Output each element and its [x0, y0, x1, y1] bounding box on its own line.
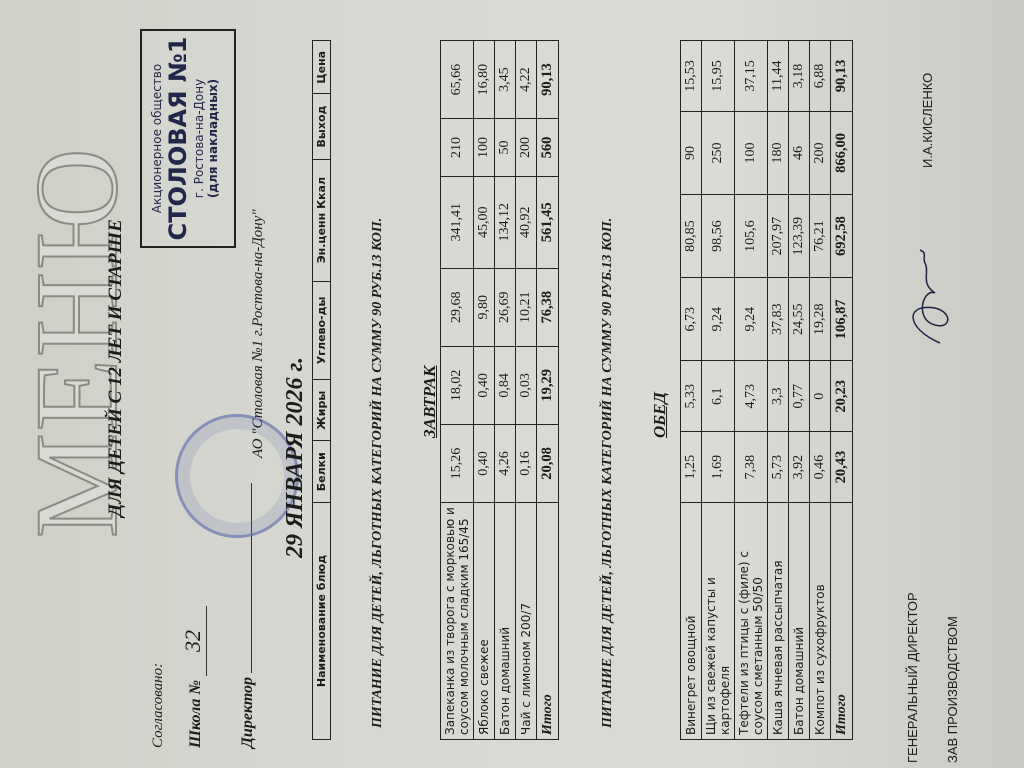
cell-carbs: 37,83 — [768, 278, 789, 361]
dish-name: Каша ячневая рассыпчатая — [768, 503, 789, 740]
lunch-table: Винегрет овощной1,255,336,7380,859015,53… — [680, 40, 853, 740]
lunch-caption: ПИТАНИЕ ДЛЯ ДЕТЕЙ, ЛЬГОТНЫХ КАТЕГОРИЙ НА… — [600, 218, 616, 728]
dish-name: Чай с лимоном 200/7 — [516, 503, 537, 740]
table-row: Каша ячневая рассыпчатая5,733,337,83207,… — [768, 41, 789, 740]
col-yield: Выход — [313, 94, 331, 159]
stamp-line-4: (для накладных) — [206, 31, 220, 246]
cell-carbs: 9,80 — [474, 268, 495, 346]
cell-price: 90,13 — [537, 41, 559, 119]
dish-name: Батон домашний — [789, 503, 810, 740]
cell-price: 3,45 — [495, 41, 516, 119]
cell-carbs: 76,38 — [537, 268, 559, 346]
cell-kcal: 692,58 — [831, 195, 853, 278]
cell-kcal: 207,97 — [768, 195, 789, 278]
cell-kcal: 561,45 — [537, 176, 559, 268]
cell-carbs: 10,21 — [516, 268, 537, 346]
cell-price: 3,18 — [789, 41, 810, 112]
canteen-stamp: Акционерное общество СТОЛОВАЯ №1 г. Рост… — [140, 29, 236, 248]
cell-carbs: 19,28 — [810, 278, 831, 361]
production-head-label: ЗАВ ПРОИЗВОДСТВОМ — [945, 616, 960, 763]
cell-carbs: 106,87 — [831, 278, 853, 361]
column-header-table: Наименование блюд Белки Жиры Углево-ды Э… — [312, 40, 331, 740]
total-row: Итого20,4320,23106,87692,58866,0090,13 — [831, 41, 853, 740]
cell-protein: 15,26 — [441, 424, 474, 502]
menu-date: 29 ЯНВАРЯ 2026 г. — [282, 357, 309, 558]
dish-name: Винегрет овощной — [681, 503, 702, 740]
cell-yield: 100 — [474, 119, 495, 177]
cell-carbs: 29,68 — [441, 268, 474, 346]
cell-protein: 20,43 — [831, 432, 853, 503]
header-row: Наименование блюд Белки Жиры Углево-ды Э… — [313, 41, 331, 740]
cell-yield: 200 — [810, 111, 831, 194]
cell-fat: 4,73 — [735, 361, 768, 432]
cell-price: 65,66 — [441, 41, 474, 119]
col-carbs: Углево-ды — [313, 281, 331, 379]
cell-carbs: 9,24 — [735, 278, 768, 361]
cell-carbs: 26,69 — [495, 268, 516, 346]
cell-fat: 0,40 — [474, 346, 495, 424]
dish-name: Итого — [537, 503, 559, 740]
cell-price: 4,22 — [516, 41, 537, 119]
breakfast-caption: ПИТАНИЕ ДЛЯ ДЕТЕЙ, ЛЬГОТНЫХ КАТЕГОРИЙ НА… — [370, 218, 386, 728]
cell-kcal: 105,6 — [735, 195, 768, 278]
cell-carbs: 9,24 — [702, 278, 735, 361]
col-fat: Жиры — [313, 379, 331, 440]
cell-protein: 1,69 — [702, 432, 735, 503]
cell-kcal: 98,56 — [702, 195, 735, 278]
cell-protein: 1,25 — [681, 432, 702, 503]
table-row: Винегрет овощной1,255,336,7380,859015,53 — [681, 41, 702, 740]
cell-fat: 20,23 — [831, 361, 853, 432]
cell-protein: 5,73 — [768, 432, 789, 503]
cell-protein: 4,26 — [495, 424, 516, 502]
col-dish-name: Наименование блюд — [313, 503, 331, 740]
cell-yield: 210 — [441, 119, 474, 177]
director-signature-icon — [900, 248, 960, 348]
dish-name: Яблоко свежее — [474, 503, 495, 740]
dish-name: Запеканка из творога с морковью и соусом… — [441, 503, 474, 740]
cell-fat: 0 — [810, 361, 831, 432]
cell-price: 6,88 — [810, 41, 831, 112]
dish-name: Итого — [831, 503, 853, 740]
cell-yield: 90 — [681, 111, 702, 194]
dish-name: Компот из сухофруктов — [810, 503, 831, 740]
cell-kcal: 123,39 — [789, 195, 810, 278]
cell-price: 16,80 — [474, 41, 495, 119]
cell-yield: 100 — [735, 111, 768, 194]
cell-protein: 20,08 — [537, 424, 559, 502]
cell-kcal: 341,41 — [441, 176, 474, 268]
cell-kcal: 76,21 — [810, 195, 831, 278]
school-label: Школа № — [187, 680, 204, 748]
cell-protein: 0,46 — [810, 432, 831, 503]
cell-fat: 3,3 — [768, 361, 789, 432]
dish-name: Батон домашний — [495, 503, 516, 740]
stamp-line-2: СТОЛОВАЯ №1 — [164, 31, 192, 246]
cell-yield: 50 — [495, 119, 516, 177]
cell-fat: 0,77 — [789, 361, 810, 432]
col-price: Цена — [313, 41, 331, 94]
school-seal-icon — [175, 414, 299, 538]
cell-fat: 18,02 — [441, 346, 474, 424]
table-row: Компот из сухофруктов0,46019,2876,212006… — [810, 41, 831, 740]
breakfast-table: Запеканка из творога с морковью и соусом… — [440, 40, 559, 740]
cell-yield: 250 — [702, 111, 735, 194]
cell-yield: 180 — [768, 111, 789, 194]
director-label: Директор — [239, 677, 256, 748]
cell-yield: 866,00 — [831, 111, 853, 194]
cell-yield: 560 — [537, 119, 559, 177]
table-row: Батон домашний3,920,7724,55123,39463,18 — [789, 41, 810, 740]
cell-price: 15,53 — [681, 41, 702, 112]
lunch-title: ОБЕД — [650, 392, 670, 438]
cell-protein: 3,92 — [789, 432, 810, 503]
general-director-label: ГЕНЕРАЛЬНЫЙ ДИРЕКТОР — [905, 592, 920, 763]
dish-name: Тефтели из птицы с (филе) с соусом смета… — [735, 503, 768, 740]
total-row: Итого20,0819,2976,38561,4556090,13 — [537, 41, 559, 740]
cell-yield: 46 — [789, 111, 810, 194]
cell-kcal: 134,12 — [495, 176, 516, 268]
cell-price: 37,15 — [735, 41, 768, 112]
cell-price: 11,44 — [768, 41, 789, 112]
dish-name: Щи из свежей капусты и картофеля — [702, 503, 735, 740]
col-kcal: Эн.ценн Ккал — [313, 159, 331, 281]
table-row: Тефтели из птицы с (филе) с соусом смета… — [735, 41, 768, 740]
signatory-name: И.А.КИСЛЕНКО — [920, 73, 935, 168]
menu-subtitle: ДЛЯ ДЕТЕЙ С 12 ЛЕТ И СТАРШЕ — [105, 118, 127, 618]
cell-yield: 200 — [516, 119, 537, 177]
table-row: Батон домашний4,260,8426,69134,12503,45 — [495, 41, 516, 740]
school-field: Школа № 32 — [180, 606, 207, 748]
stamp-line-3: г. Ростова-на-Дону — [192, 31, 206, 246]
cell-protein: 0,40 — [474, 424, 495, 502]
cell-price: 90,13 — [831, 41, 853, 112]
menu-document: МЕНЮ ДЛЯ ДЕТЕЙ С 12 ЛЕТ И СТАРШЕ Акционе… — [0, 0, 1024, 768]
cell-fat: 19,29 — [537, 346, 559, 424]
cell-fat: 6,1 — [702, 361, 735, 432]
cell-protein: 0,16 — [516, 424, 537, 502]
col-protein: Белки — [313, 441, 331, 503]
stamp-line-1: Акционерное общество — [150, 31, 164, 246]
school-number: 32 — [180, 606, 207, 676]
cell-kcal: 40,92 — [516, 176, 537, 268]
cell-carbs: 6,73 — [681, 278, 702, 361]
cell-protein: 7,38 — [735, 432, 768, 503]
table-row: Чай с лимоном 200/70,160,0310,2140,92200… — [516, 41, 537, 740]
cell-kcal: 45,00 — [474, 176, 495, 268]
table-row: Щи из свежей капусты и картофеля1,696,19… — [702, 41, 735, 740]
cell-fat: 5,33 — [681, 361, 702, 432]
breakfast-title: ЗАВТРАК — [420, 366, 440, 439]
agreed-label: Согласовано: — [150, 663, 167, 748]
cell-carbs: 24,55 — [789, 278, 810, 361]
cell-price: 15,95 — [702, 41, 735, 112]
table-row: Запеканка из творога с морковью и соусом… — [441, 41, 474, 740]
table-row: Яблоко свежее0,400,409,8045,0010016,80 — [474, 41, 495, 740]
organization-name: АО "Столовая №1 г.Ростова-на-Дону" — [250, 209, 267, 458]
cell-fat: 0,03 — [516, 346, 537, 424]
cell-fat: 0,84 — [495, 346, 516, 424]
cell-kcal: 80,85 — [681, 195, 702, 278]
